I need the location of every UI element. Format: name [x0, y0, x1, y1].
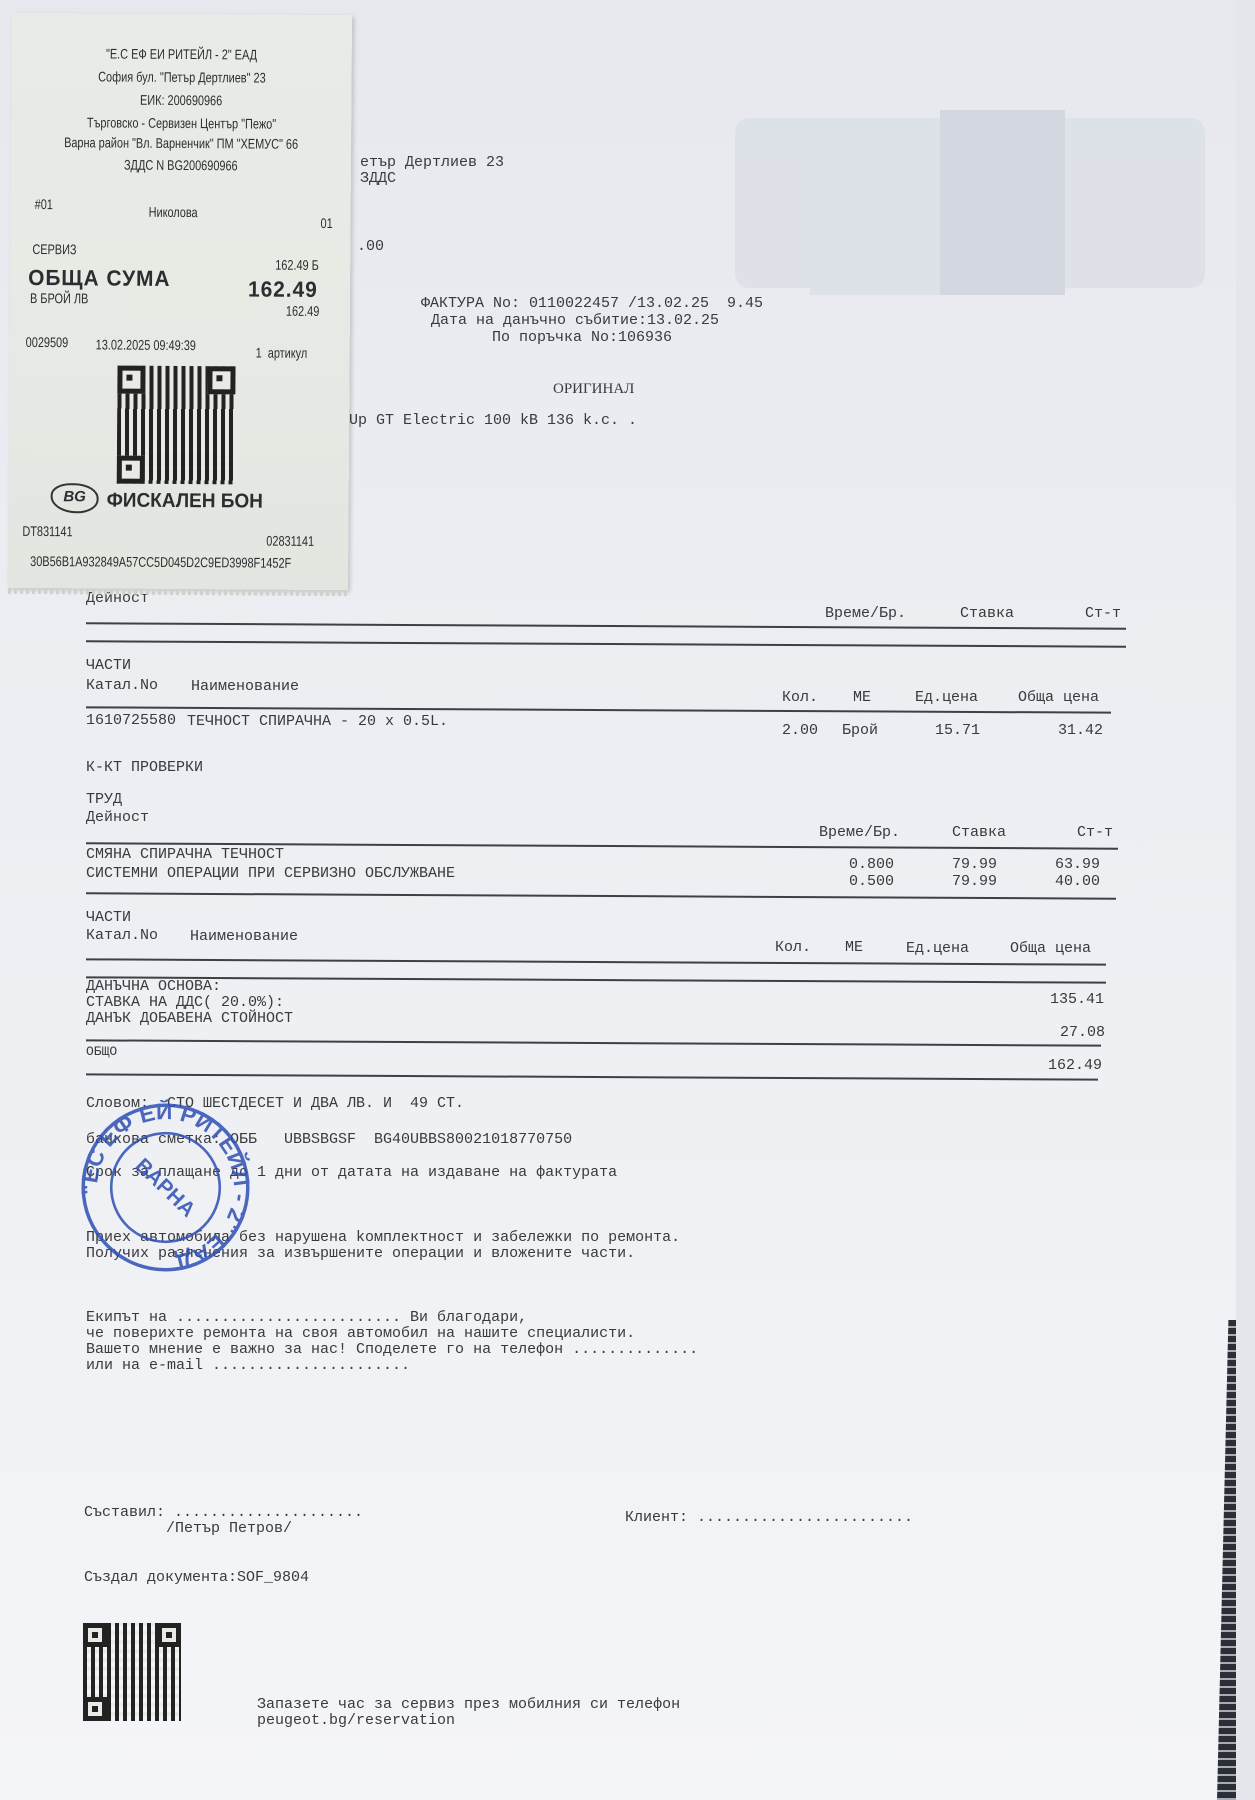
qr-finder: [83, 1623, 107, 1647]
part-unit-price: 15.71: [935, 723, 980, 739]
receipt-device-id: DT831141: [22, 523, 72, 539]
part-unit: Брой: [842, 723, 878, 739]
receipt-item-label: СЕРВИЗ: [32, 241, 76, 257]
part-qty: 2.00: [782, 723, 818, 739]
labor-cost: 40.00: [1055, 874, 1100, 890]
labor-time: 0.800: [849, 857, 894, 873]
parts-title: ЧАСТИ: [86, 658, 131, 674]
receipt-vat-no: ЗДДС N BG200690966: [11, 156, 351, 174]
receipt-cash-amount: 162.49: [286, 303, 320, 319]
vat-label: ДАНЪК ДОБАВЕНА СТОЙНОСТ: [86, 1011, 293, 1027]
labor-cost: 63.99: [1055, 857, 1100, 873]
labor-activity-header: Дейност: [86, 810, 149, 826]
receipt-operator-no: #01: [35, 196, 53, 212]
background-fabric: [1217, 1320, 1236, 1800]
receipt-address: София бул. "Петър Дертлиев" 23: [12, 68, 352, 86]
receipt-fm-id: 02831141: [266, 533, 314, 549]
vat-value: 27.08: [1060, 1025, 1105, 1041]
reservation-qr-code[interactable]: [83, 1623, 181, 1721]
tax-event-date: Дата на данъчно събитие:13.02.25: [431, 313, 719, 329]
parts-col-unit: МЕ: [853, 690, 871, 706]
receipt-hash: 30B56B1A932849A57CC5D045D2C9ED3998F1452F: [30, 553, 291, 571]
labor-col-rate: Ставка: [952, 825, 1006, 841]
partial-number: .00: [357, 239, 384, 255]
qr-finder: [207, 366, 235, 394]
labor-rate: 79.99: [952, 874, 997, 890]
tax-base-label: ДАНЪЧНА ОСНОВА:: [86, 979, 221, 995]
labor-col-time: Време/Бр.: [819, 825, 900, 841]
total-value: 162.49: [1048, 1058, 1102, 1074]
receipt-number: 0029509: [26, 334, 69, 350]
col-rate: Ставка: [960, 606, 1014, 622]
labor-title: ТРУД: [86, 792, 122, 808]
redacted-area: [940, 110, 1065, 295]
vehicle-model: Up GT Electric 100 kB 136 k.c. .: [349, 413, 637, 429]
qr-finder: [83, 1697, 107, 1721]
redacted-area: [810, 120, 940, 295]
receipt-fiscal-label: ФИСКАЛЕН БОН: [107, 489, 263, 513]
receipt-company: "Е.С ЕФ ЕИ РИТЕЙЛ - 2" ЕАД: [12, 45, 352, 63]
receipt-total-amount: 162.49: [248, 276, 318, 302]
divider: [86, 892, 1116, 899]
prepared-by-name: /Петър Петров/: [166, 1521, 292, 1537]
receipt-articles: 1 артикул: [256, 345, 308, 361]
total-label: ОБЩО: [86, 1044, 117, 1060]
part-total: 31.42: [1058, 723, 1103, 739]
divider: [86, 976, 1106, 983]
parts-col-total: Обща цена: [1018, 690, 1099, 706]
checks-title: К-КТ ПРОВЕРКИ: [86, 760, 203, 776]
created-by: Създал документа:SOF_9804: [84, 1570, 309, 1586]
receipt-qr-code[interactable]: [117, 366, 236, 485]
tax-base-value: 135.41: [1050, 992, 1104, 1008]
receipt-eik: ЕИК: 200690966: [11, 91, 351, 109]
reservation-link[interactable]: peugeot.bg/reservation: [257, 1713, 455, 1729]
labor-col-cost: Ст-т: [1077, 825, 1113, 841]
prepared-by: Съставил: .....................: [84, 1505, 363, 1521]
parts-col-catalog: Катал.No: [86, 678, 158, 694]
labor-name: СМЯНА СПИРАЧНА ТЕЧНОСТ: [86, 847, 284, 863]
qr-finder: [157, 1623, 181, 1647]
invoice-number-line: ФАКТУРА No: 0110022457 /13.02.25 9.45: [421, 296, 763, 312]
company-address-partial: етър Дертлиев 23: [360, 155, 504, 171]
qr-finder: [117, 456, 145, 484]
col-cost: Ст-т: [1085, 606, 1121, 622]
part-catalog-no: 1610725580: [86, 713, 176, 729]
vat-rate-label: СТАВКА НА ДДС( 20.0%):: [86, 995, 284, 1011]
stamp-center-text: ВАРНА: [131, 1154, 200, 1222]
parts2-col-qty: Кол.: [775, 940, 811, 956]
client-signature: Клиент: ........................: [625, 1510, 913, 1526]
thanks-line: Вашето мнение е важно за нас! Споделете …: [86, 1342, 698, 1358]
receipt-cash-label: В БРОЙ ЛВ: [30, 290, 88, 306]
receipt-service-center: Търговско - Сервизен Център "Пежо": [11, 114, 351, 132]
thanks-line: или на e-mail ......................: [86, 1358, 410, 1374]
parts2-col-unit: МЕ: [845, 940, 863, 956]
qr-finder: [117, 366, 145, 394]
receipt-operator-name: Николова: [149, 204, 198, 220]
labor-name: СИСТЕМНИ ОПЕРАЦИИ ПРИ СЕРВИЗНО ОБСЛУЖВАН…: [86, 866, 455, 882]
divider: [86, 1073, 1098, 1080]
parts2-col-name: Наименование: [190, 929, 298, 945]
receipt-location: Варна район "Вл. Варненчик" ПМ "ХЕМУС" 6…: [11, 134, 351, 152]
labor-rate: 79.99: [952, 857, 997, 873]
fiscal-receipt: "Е.С ЕФ ЕИ РИТЕЙЛ - 2" ЕАД София бул. "П…: [8, 13, 352, 590]
reservation-line: Запазете час за сервиз през мобилния си …: [257, 1697, 680, 1713]
parts2-title: ЧАСТИ: [86, 910, 131, 926]
part-name: ТЕЧНОСТ СПИРАЧНА - 20 x 0.5L.: [187, 714, 448, 730]
thanks-line: че поверихте ремонта на своя автомобил н…: [86, 1326, 635, 1342]
parts-col-name: Наименование: [191, 679, 299, 695]
parts2-col-catalog: Катал.No: [86, 928, 158, 944]
divider: [86, 640, 1126, 647]
col-time: Време/Бр.: [825, 606, 906, 622]
order-number: По поръчка No:106936: [492, 330, 672, 346]
labor-time: 0.500: [849, 874, 894, 890]
bg-map-icon: BG: [51, 483, 99, 513]
company-vat-partial: ЗДДС: [360, 171, 396, 187]
parts-col-qty: Кол.: [782, 690, 818, 706]
receipt-terminal: 01: [320, 215, 332, 231]
copy-label: ОРИГИНАЛ: [553, 381, 634, 397]
parts2-col-unit-price: Ед.цена: [906, 941, 969, 957]
parts2-col-total: Обща цена: [1010, 941, 1091, 957]
receipt-item-amount: 162.49 Б: [275, 257, 319, 273]
company-stamp: "ЕС ЕФ ЕЙ РИТЕЙЛ - 2" ЕАД ВАРНА: [69, 1091, 261, 1283]
divider: [86, 958, 1106, 965]
parts-col-unit-price: Ед.цена: [915, 690, 978, 706]
thanks-line: Екипът на ......................... Ви б…: [86, 1310, 527, 1326]
divider: [86, 1039, 1101, 1046]
receipt-total-label: ОБЩА СУМА: [28, 265, 171, 292]
receipt-datetime: 13.02.2025 09:49:39: [96, 336, 196, 353]
divider: [86, 622, 1126, 629]
